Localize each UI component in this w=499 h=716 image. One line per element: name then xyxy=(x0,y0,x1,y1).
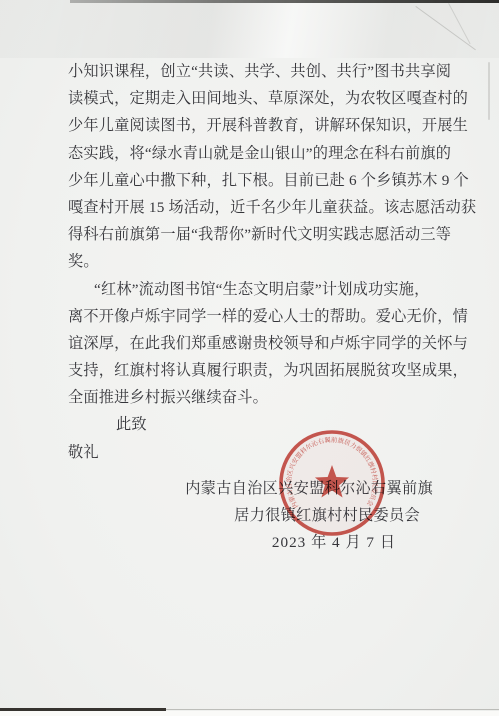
scanned-letter-page: 小知识课程，创立“共读、共学、共创、共行”图书共享阅 读模式，定期走入田间地头、… xyxy=(0,0,499,716)
body-line: 少年儿童阅读图书，开展科普教育，讲解环保知识，开展生 xyxy=(68,112,440,139)
body-line: 得科右前旗第一届“我帮你”新时代文明实践志愿活动三等 xyxy=(68,221,440,248)
scan-edge-bottom-faint xyxy=(160,709,499,710)
body-line: 态实践，将“绿水青山就是金山银山”的理念在科右前旗的 xyxy=(68,140,440,167)
body-line: 离不开像卢烁宇同学一样的爱心人士的帮助。爱心无价，情 xyxy=(68,303,440,330)
paper-wrinkle-band xyxy=(0,0,499,58)
body-line: 嘎查村开展 15 场活动，近千名少年儿童获益。该志愿活动获 xyxy=(68,194,440,221)
body-line: 读模式，定期走入田间地头、草原深处，为农牧区嘎查村的 xyxy=(68,85,440,112)
letter-body: 小知识课程，创立“共读、共学、共创、共行”图书共享阅 读模式，定期走入田间地头、… xyxy=(68,58,440,466)
body-line: 少年儿童心中撒下种，扎下根。目前已赴 6 个乡镇苏木 9 个 xyxy=(68,167,440,194)
body-line: 小知识课程，创立“共读、共学、共创、共行”图书共享阅 xyxy=(68,58,440,85)
paper-crease xyxy=(488,62,490,120)
body-line: “红林”流动图书馆“生态文明启蒙”计划成功实施， xyxy=(68,276,440,303)
body-line: 奖。 xyxy=(68,248,440,275)
scan-edge-top xyxy=(70,0,499,3)
body-line: 支持，红旗村将认真履行职责，为巩固拓展脱贫攻坚成果， xyxy=(68,357,440,384)
body-line: 全面推进乡村振兴继续奋斗。 xyxy=(68,384,440,411)
body-line: 谊深厚，在此我们郑重感谢贵校领导和卢烁宇同学的关怀与 xyxy=(68,330,440,357)
official-seal: 内蒙古自治区兴安盟科尔沁右翼前旗居力很镇红旗村村民委员会 xyxy=(276,427,388,539)
scan-margin-strip xyxy=(0,711,499,716)
